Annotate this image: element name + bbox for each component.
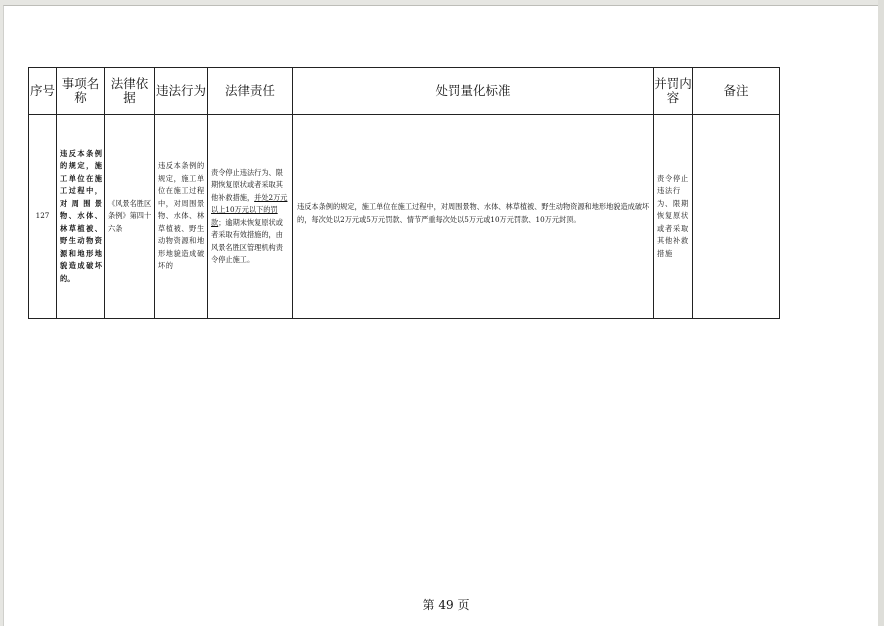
header-serial-number: 序号	[29, 68, 57, 115]
table-header-row: 序号 事项名称 法律依据 违法行为 法律责任 处罚量化标准 并罚内容 备注	[29, 68, 780, 115]
responsibility-text-after: ；逾期未恢复原状或者采取有效措施的，由风景名胜区管理机构责令停止施工。	[211, 218, 283, 265]
cell-legal-responsibility: 责令停止违法行为、限期恢复原状或者采取其他补救措施，并处2万元以上10万元以下的…	[208, 115, 293, 319]
header-item-name: 事项名称	[57, 68, 105, 115]
penalty-standards-table: 序号 事项名称 法律依据 违法行为 法律责任 处罚量化标准 并罚内容 备注 12…	[28, 67, 780, 319]
cell-legal-basis: 《风景名胜区条例》第四十六条	[105, 115, 155, 319]
header-legal-responsibility: 法律责任	[208, 68, 293, 115]
table-row: 127 违反本条例的规定，施工单位在施工过程中，对周围景物、水体、林草植被、野生…	[29, 115, 780, 319]
cell-illegal-act: 违反本条例的规定，施工单位在施工过程中，对周围景物、水体、林草植被、野生动物资源…	[155, 115, 208, 319]
cell-concurrent-penalty: 责令停止违法行为、限期恢复原状或者采取其他补救措施	[654, 115, 693, 319]
cell-penalty-standard: 违反本条例的规定，施工单位在施工过程中，对周围景物、水体、林草植被、野生动物资源…	[293, 115, 654, 319]
page-number: 第 49 页	[4, 596, 884, 613]
viewer-margin	[878, 0, 884, 626]
header-remark: 备注	[693, 68, 780, 115]
header-concurrent-penalty: 并罚内容	[654, 68, 693, 115]
cell-item-name: 违反本条例的规定，施工单位在施工过程中，对周围景物、水体、林草植被、野生动物资源…	[57, 115, 105, 319]
header-legal-basis: 法律依据	[105, 68, 155, 115]
header-penalty-standard: 处罚量化标准	[293, 68, 654, 115]
cell-remark	[693, 115, 780, 319]
cell-serial-number: 127	[29, 115, 57, 319]
header-illegal-act: 违法行为	[155, 68, 208, 115]
document-page: 序号 事项名称 法律依据 违法行为 法律责任 处罚量化标准 并罚内容 备注 12…	[3, 5, 879, 626]
penalty-standard-text: 违反本条例的规定，施工单位在施工过程中，对周围景物、水体、林草植被、野生动物资源…	[297, 201, 650, 226]
